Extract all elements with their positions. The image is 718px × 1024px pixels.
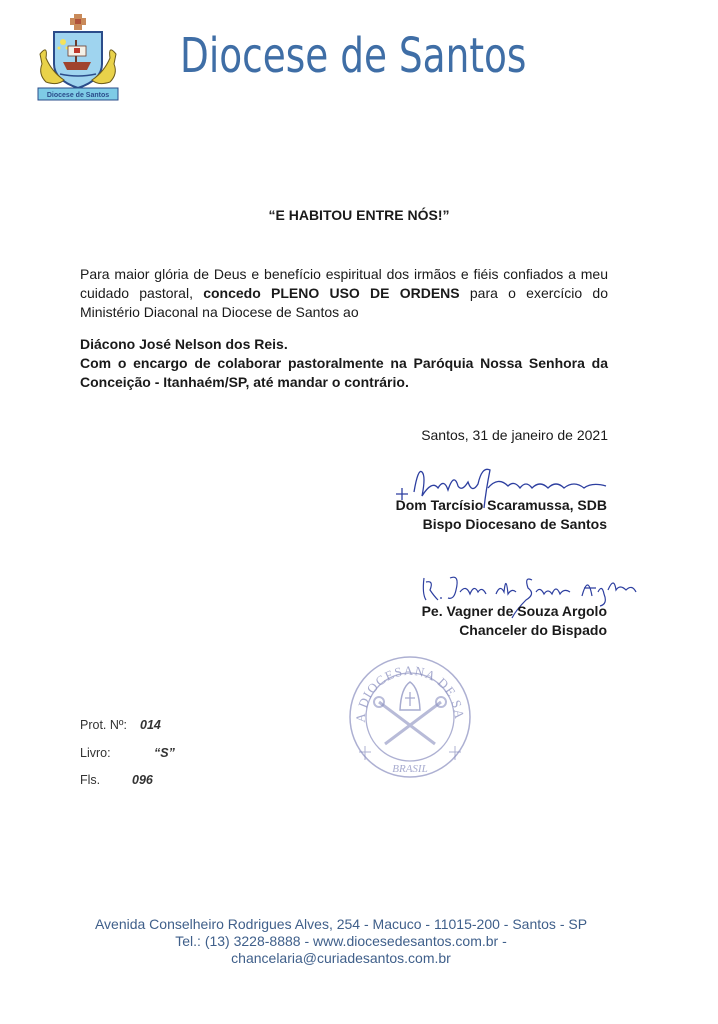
footer: Avenida Conselheiro Rodrigues Alves, 254… <box>0 916 682 967</box>
registry-folio: Fls.096 <box>80 773 153 787</box>
document-title: “E HABITOU ENTRE NÓS!” <box>0 207 718 223</box>
footer-email: chancelaria@curiadesantos.com.br <box>0 950 682 967</box>
paragraph-bold-grant: concedo PLENO USO DE ORDENS <box>203 285 459 301</box>
brand-name: Diocese de Santos <box>180 28 526 84</box>
bishop-name: Dom Tarcísio Scaramussa, SDB <box>396 496 607 515</box>
footer-contact: Tel.: (13) 3228-8888 - www.diocesedesant… <box>0 933 682 950</box>
registry-value: 014 <box>140 718 161 732</box>
recipient-block: Diácono José Nelson dos Reis. Com o enca… <box>80 335 608 392</box>
charge-line-2: Conceição - Itanhaém/SP, até mandar o co… <box>80 373 608 392</box>
registry-value: 096 <box>132 773 153 787</box>
recipient-name: Diácono José Nelson dos Reis. <box>80 335 608 354</box>
bishop-role: Bispo Diocesano de Santos <box>396 515 607 534</box>
document-date: Santos, 31 de janeiro de 2021 <box>421 427 608 443</box>
chancellor-signature-block: Pe. Vagner de Souza Argolo Chanceler do … <box>422 602 607 640</box>
registry-book: Livro:“S” <box>80 746 175 760</box>
registry-label: Prot. Nº: <box>80 718 142 732</box>
decree-paragraph: Para maior glória de Deus e benefício es… <box>80 265 608 322</box>
footer-address: Avenida Conselheiro Rodrigues Alves, 254… <box>0 916 682 933</box>
registry-label: Livro: <box>80 746 142 760</box>
svg-text:BRASIL: BRASIL <box>392 763 427 775</box>
registry-protocol: Prot. Nº:014 <box>80 718 161 732</box>
svg-text:CURIA DIOCESANA DE SANTOS: CURIA DIOCESANA DE SANTOS <box>345 652 467 723</box>
charge-line-1: Com o encargo de colaborar pastoralmente… <box>80 354 608 373</box>
bishop-signature-block: Dom Tarcísio Scaramussa, SDB Bispo Dioce… <box>396 496 607 534</box>
registry-value: “S” <box>154 746 175 760</box>
svg-text:Diocese de Santos: Diocese de Santos <box>47 92 109 99</box>
chancellor-name: Pe. Vagner de Souza Argolo <box>422 602 607 621</box>
chancellor-role: Chanceler do Bispado <box>422 621 607 640</box>
coat-of-arms-logo: Diocese de Santos <box>30 14 126 104</box>
curia-seal-icon: CURIA DIOCESANA DE SANTOS BRASIL <box>345 652 475 782</box>
